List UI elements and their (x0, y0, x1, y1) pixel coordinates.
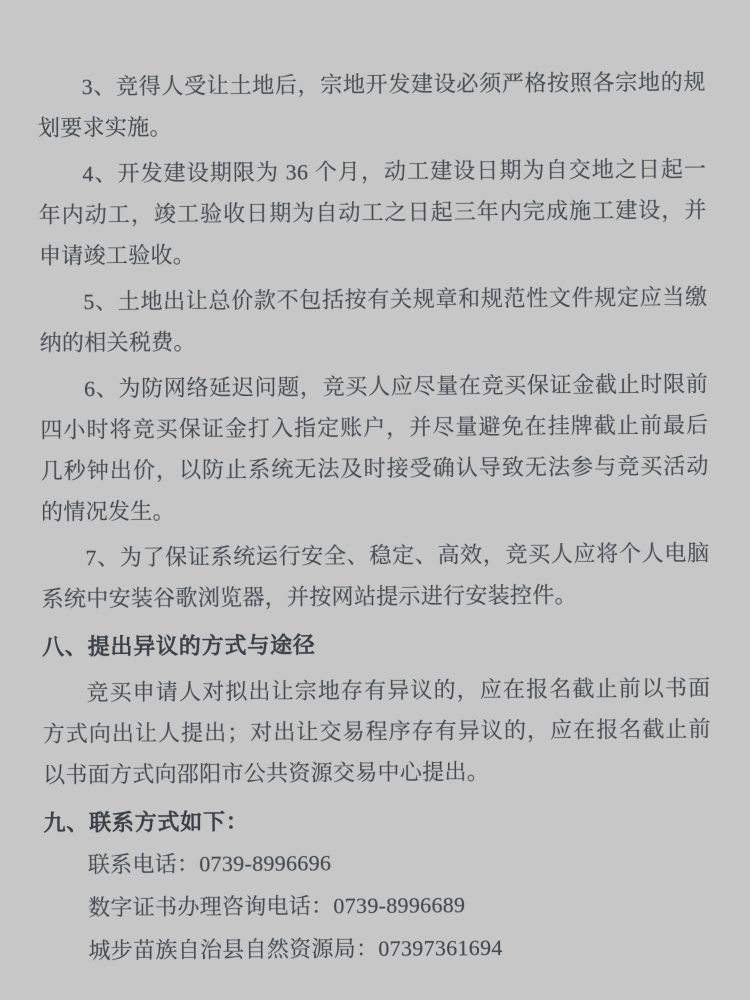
photo-background: { "colors": { "paper": "#c6c7c6", "paper… (0, 0, 750, 1000)
clause-3-development-rule: 3、竞得人受让土地后，宗地开发建设必须严格按照各宗地的规划要求实施。 (38, 61, 707, 148)
heading-objection-methods: 八、提出异议的方式与途径 (42, 621, 710, 667)
contact-natural-resources-bureau-line: 城步苗族自治县自然资源局：07397361694 (44, 925, 712, 972)
paragraph-objection-procedure: 竞买申请人对拟出让宗地存有异议的，应在报名截止前以书面方式向出让人提出；对出让交… (42, 667, 711, 795)
contact-phone-line: 联系电话：0739-8996696 (44, 839, 712, 886)
heading-contact-info: 九、联系方式如下： (43, 797, 711, 843)
clause-6-network-delay-warning: 6、为防网络延迟问题，竞买人应尽量在竞买保证金截止时限前四小时将竞买保证金打入指… (40, 363, 709, 532)
clause-4-construction-period: 4、开发建设期限为 36 个月，动工建设日期为自交地之日起一年内动工，竣工验收日… (38, 148, 707, 276)
photo-document: 3、竞得人受让土地后，宗地开发建设必须严格按照各宗地的规划要求实施。 4、开发建… (38, 61, 713, 972)
clause-5-taxes-excluded: 5、土地出让总价款不包括按有关规章和规范性文件规定应当缴纳的相关税费。 (39, 276, 708, 363)
contact-digital-cert-phone-line: 数字证书办理咨询电话：0739-8996689 (44, 882, 712, 929)
clause-7-browser-requirement: 7、为了保证系统运行安全、稳定、高效，竞买人应将个人电脑系统中安装谷歌浏览器，并… (41, 532, 710, 619)
